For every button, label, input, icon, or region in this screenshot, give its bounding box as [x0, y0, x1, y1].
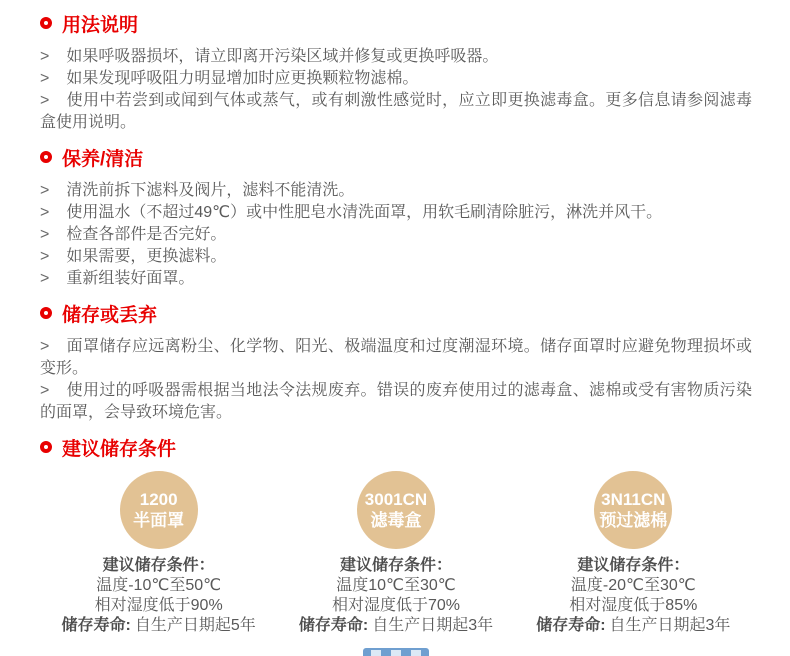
condition-block: 建议储存条件： 温度-10℃至50℃ 相对湿度低于90% 储存寿命:自生产日期起…	[40, 556, 277, 636]
product-badge: 3001CN 滤毒盒	[357, 471, 435, 549]
badge-type: 半面罩	[133, 510, 184, 531]
bullet-marker: >	[40, 48, 49, 65]
condition-block: 建议储存条件： 温度-20℃至30℃ 相对湿度低于85% 储存寿命:自生产日期起…	[515, 556, 752, 636]
condition-humidity: 相对湿度低于85%	[515, 596, 752, 616]
list-item: >清洗前拆下滤料及阀片，滤料不能清洗。	[40, 180, 752, 202]
badge-model: 3001CN	[365, 489, 427, 510]
condition-shelf-life: 储存寿命:自生产日期起3年	[515, 616, 752, 636]
section-heading-maintenance: 保养/清洁	[40, 146, 752, 168]
product-instructions-page: 用法说明 >如果呼吸器损坏，请立即离开污染区域并修复或更换呼吸器。 >如果发现呼…	[0, 0, 790, 656]
page-content: 用法说明 >如果呼吸器损坏，请立即离开污染区域并修复或更换呼吸器。 >如果发现呼…	[0, 0, 790, 636]
badge-model: 1200	[140, 489, 178, 510]
partial-product-image	[363, 648, 429, 656]
list-item: >检查各部件是否完好。	[40, 224, 752, 246]
section-title: 储存或丢弃	[62, 300, 157, 327]
bullet-marker: >	[40, 204, 49, 221]
product-badge: 3N11CN 预过滤棉	[594, 471, 672, 549]
condition-temperature: 温度10℃至30℃	[277, 576, 514, 596]
bullet-marker: >	[40, 182, 49, 199]
bullet-text: 清洗前拆下滤料及阀片，滤料不能清洗。	[66, 182, 354, 199]
condition-humidity: 相对湿度低于70%	[277, 596, 514, 616]
section-title: 用法说明	[62, 10, 138, 37]
shelf-life-label: 储存寿命:	[536, 617, 605, 634]
bullet-text: 使用过的呼吸器需根据当地法令法规废弃。错误的废弃使用过的滤毒盒、滤棉或受有害物质…	[40, 382, 752, 421]
bullet-text: 如果发现呼吸阻力明显增加时应更换颗粒物滤棉。	[66, 70, 418, 87]
condition-block: 建议储存条件： 温度10℃至30℃ 相对湿度低于70% 储存寿命:自生产日期起3…	[277, 556, 514, 636]
shelf-life-value: 自生产日期起3年	[610, 617, 731, 634]
condition-title: 建议储存条件：	[515, 556, 752, 576]
bullet-text: 如果需要，更换滤料。	[66, 248, 226, 265]
product-column-1200: 1200 半面罩 建议储存条件： 温度-10℃至50℃ 相对湿度低于90% 储存…	[40, 471, 277, 636]
bullet-marker: >	[40, 226, 49, 243]
bullet-marker: >	[40, 382, 49, 399]
list-item: >使用中若尝到或闻到气体或蒸气，或有刺激性感觉时，应立即更换滤毒盒。更多信息请参…	[40, 90, 752, 134]
red-ring-icon	[40, 17, 52, 29]
section-heading-usage: 用法说明	[40, 12, 752, 34]
condition-shelf-life: 储存寿命:自生产日期起5年	[40, 616, 277, 636]
bullet-text: 重新组装好面罩。	[66, 270, 194, 287]
bullet-marker: >	[40, 338, 49, 355]
red-ring-icon	[40, 151, 52, 163]
bullet-text: 如果呼吸器损坏，请立即离开污染区域并修复或更换呼吸器。	[66, 48, 498, 65]
condition-title: 建议储存条件：	[40, 556, 277, 576]
condition-temperature: 温度-20℃至30℃	[515, 576, 752, 596]
bullet-text: 检查各部件是否完好。	[66, 226, 226, 243]
list-item: >使用过的呼吸器需根据当地法令法规废弃。错误的废弃使用过的滤毒盒、滤棉或受有害物…	[40, 380, 752, 424]
section-title: 保养/清洁	[62, 144, 143, 171]
product-column-3n11cn: 3N11CN 预过滤棉 建议储存条件： 温度-20℃至30℃ 相对湿度低于85%…	[515, 471, 752, 636]
shelf-life-value: 自生产日期起3年	[372, 617, 493, 634]
storage-bullet-list: >面罩储存应远离粉尘、化学物、阳光、极端温度和过度潮湿环境。储存面罩时应避免物理…	[40, 336, 752, 424]
bullet-text: 使用温水（不超过49℃）或中性肥皂水清洗面罩，用软毛刷清除脏污，淋洗并风干。	[66, 204, 662, 221]
list-item: >面罩储存应远离粉尘、化学物、阳光、极端温度和过度潮湿环境。储存面罩时应避免物理…	[40, 336, 752, 380]
list-item: >使用温水（不超过49℃）或中性肥皂水清洗面罩，用软毛刷清除脏污，淋洗并风干。	[40, 202, 752, 224]
red-ring-icon	[40, 307, 52, 319]
condition-shelf-life: 储存寿命:自生产日期起3年	[277, 616, 514, 636]
list-item: >重新组装好面罩。	[40, 268, 752, 290]
badge-type: 预过滤棉	[599, 510, 667, 531]
bullet-marker: >	[40, 92, 49, 109]
section-title: 建议储存条件	[62, 434, 176, 461]
shelf-life-label: 储存寿命:	[62, 617, 131, 634]
shelf-life-value: 自生产日期起5年	[135, 617, 256, 634]
section-heading-storage-disposal: 储存或丢弃	[40, 302, 752, 324]
maintenance-bullet-list: >清洗前拆下滤料及阀片，滤料不能清洗。 >使用温水（不超过49℃）或中性肥皂水清…	[40, 180, 752, 290]
bullet-text: 使用中若尝到或闻到气体或蒸气，或有刺激性感觉时，应立即更换滤毒盒。更多信息请参阅…	[40, 92, 752, 131]
badge-model: 3N11CN	[601, 489, 665, 510]
usage-bullet-list: >如果呼吸器损坏，请立即离开污染区域并修复或更换呼吸器。 >如果发现呼吸阻力明显…	[40, 46, 752, 134]
product-badge: 1200 半面罩	[120, 471, 198, 549]
bullet-text: 面罩储存应远离粉尘、化学物、阳光、极端温度和过度潮湿环境。储存面罩时应避免物理损…	[40, 338, 752, 377]
condition-humidity: 相对湿度低于90%	[40, 596, 277, 616]
storage-conditions-grid: 1200 半面罩 建议储存条件： 温度-10℃至50℃ 相对湿度低于90% 储存…	[40, 471, 752, 636]
bullet-marker: >	[40, 70, 49, 87]
red-ring-icon	[40, 441, 52, 453]
section-heading-storage-conditions: 建议储存条件	[40, 436, 752, 458]
bullet-marker: >	[40, 248, 49, 265]
list-item: >如果需要，更换滤料。	[40, 246, 752, 268]
condition-title: 建议储存条件：	[277, 556, 514, 576]
list-item: >如果呼吸器损坏，请立即离开污染区域并修复或更换呼吸器。	[40, 46, 752, 68]
bullet-marker: >	[40, 270, 49, 287]
shelf-life-label: 储存寿命:	[299, 617, 368, 634]
list-item: >如果发现呼吸阻力明显增加时应更换颗粒物滤棉。	[40, 68, 752, 90]
badge-type: 滤毒盒	[370, 510, 421, 531]
product-column-3001cn: 3001CN 滤毒盒 建议储存条件： 温度10℃至30℃ 相对湿度低于70% 储…	[277, 471, 514, 636]
condition-temperature: 温度-10℃至50℃	[40, 576, 277, 596]
